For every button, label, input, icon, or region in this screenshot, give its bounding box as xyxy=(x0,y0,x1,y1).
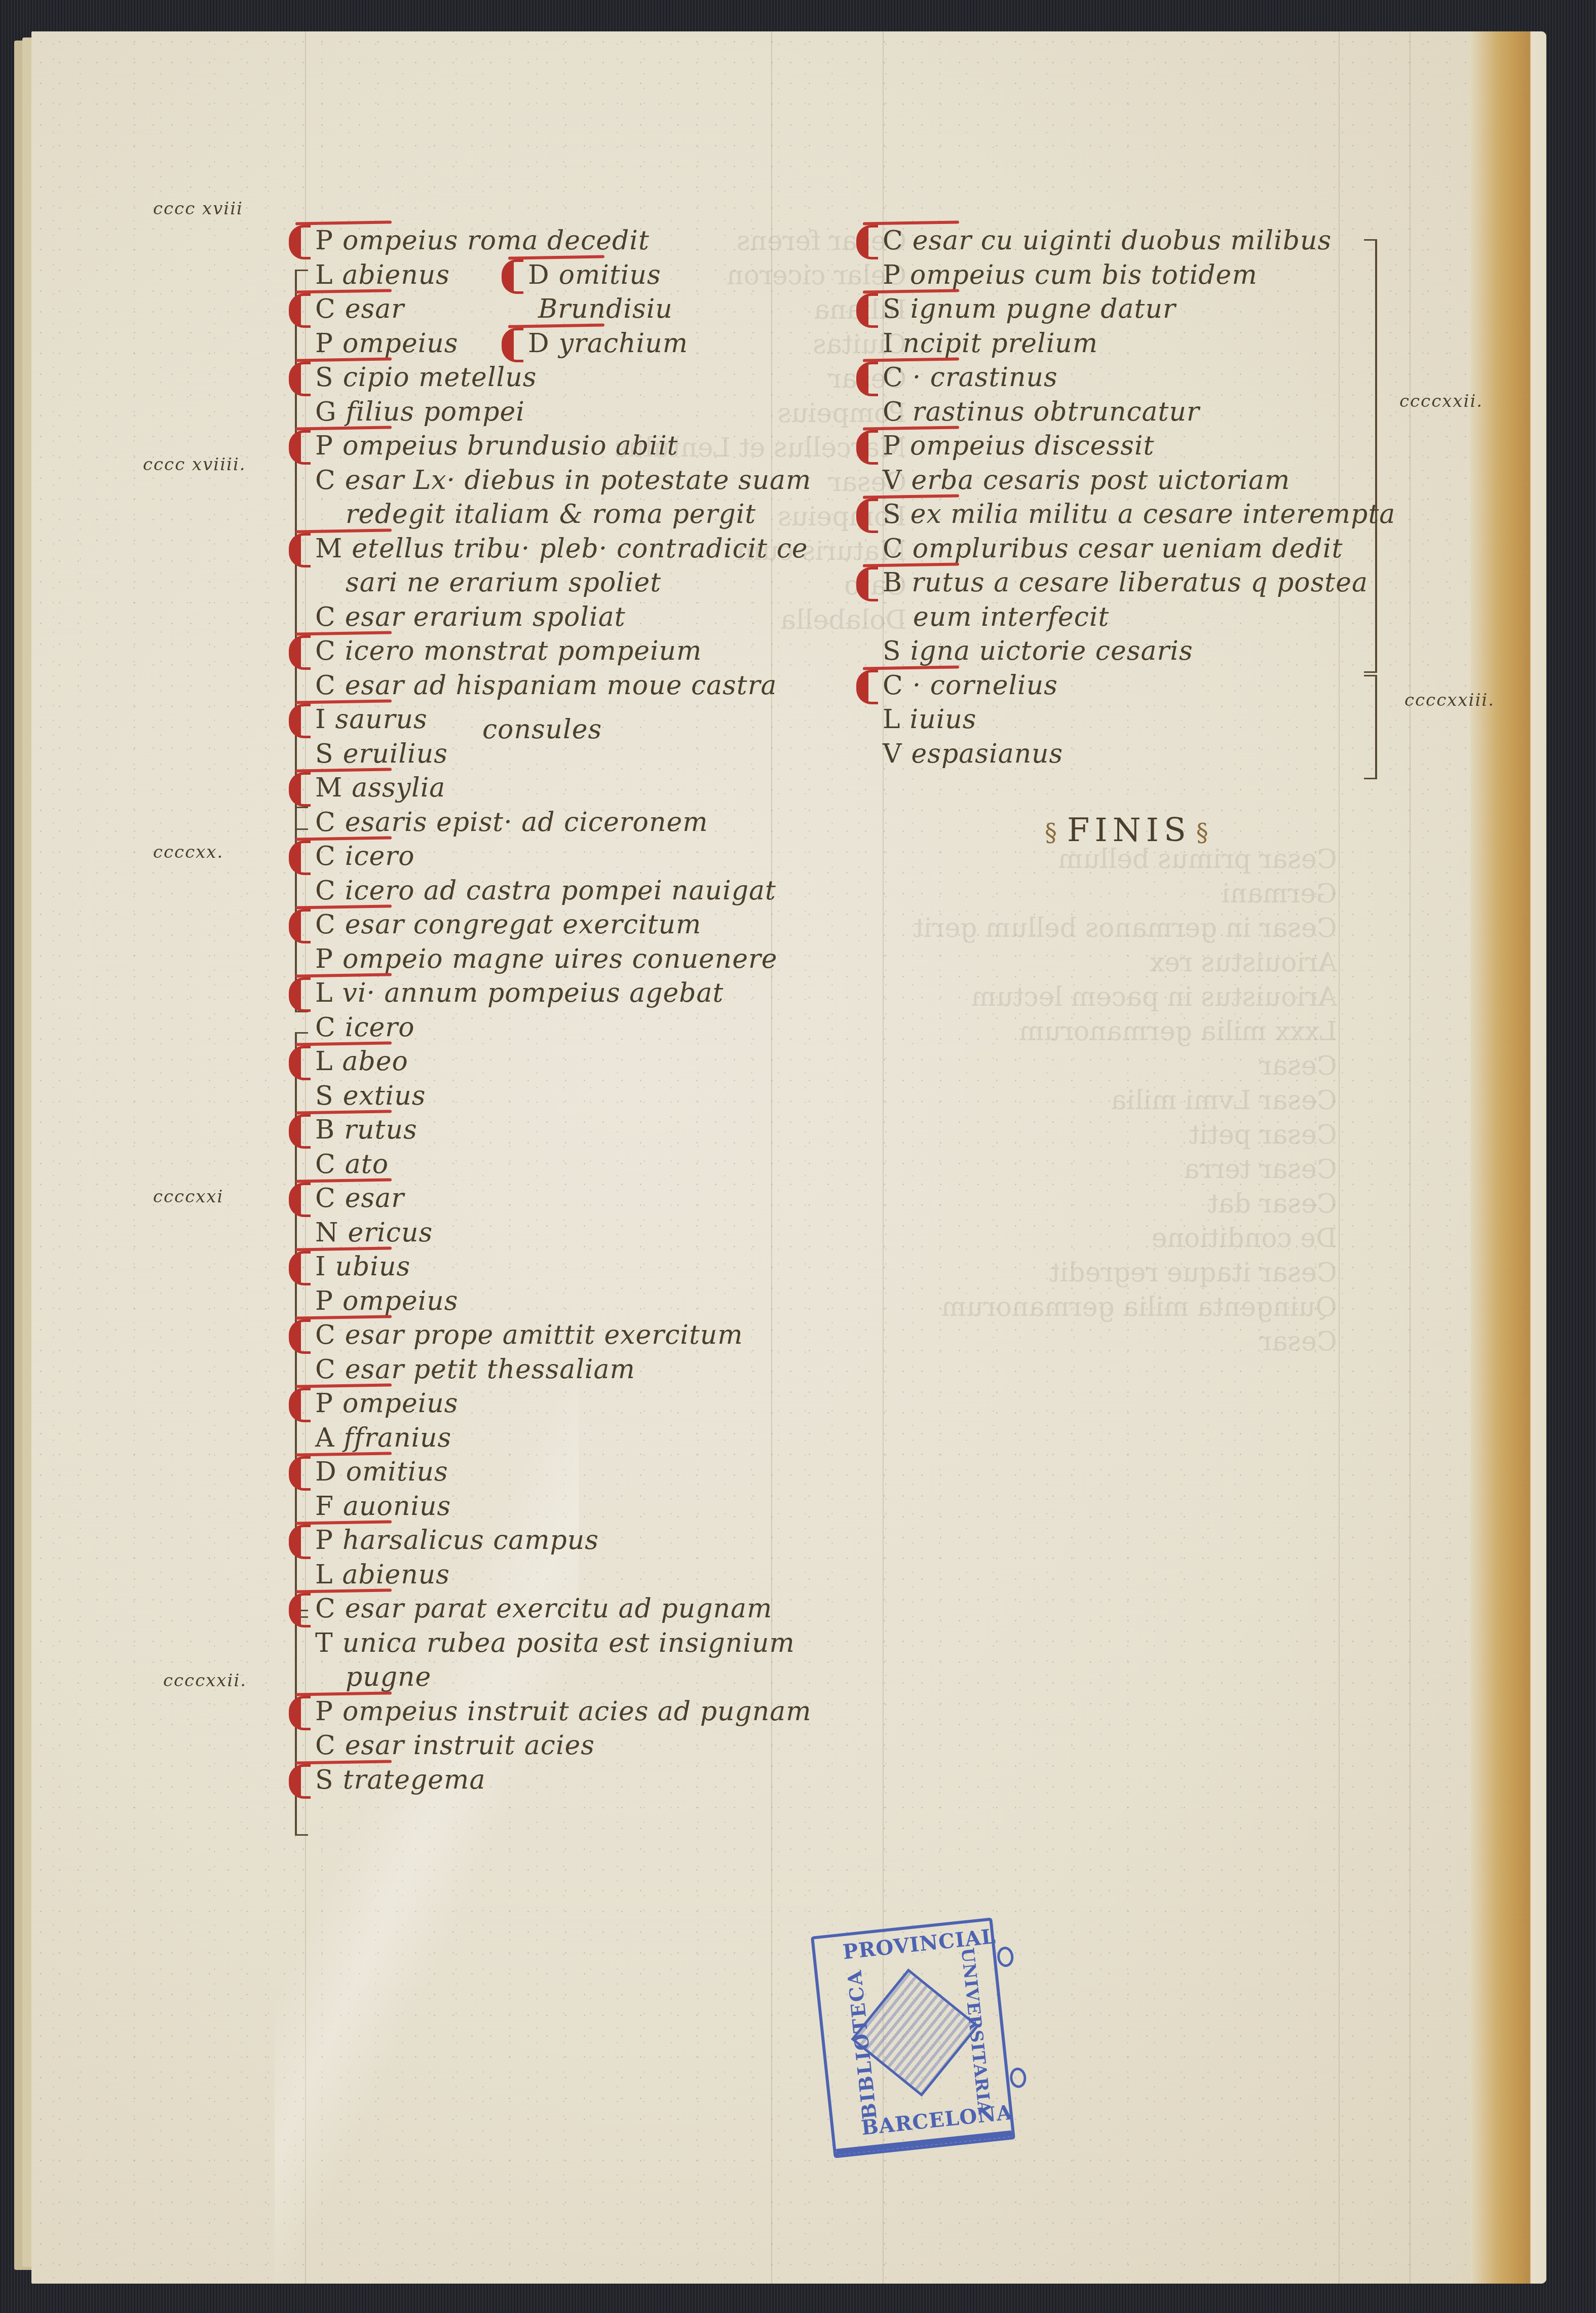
rubric-paragraph-mark-icon xyxy=(289,1696,311,1730)
entry: Pompeius xyxy=(315,1284,812,1319)
finis-text: FINIS xyxy=(1067,812,1191,849)
entry: Pompeius xyxy=(315,1387,812,1421)
entry: CesarBrundisiu xyxy=(315,292,812,327)
entry: Labeo xyxy=(315,1045,812,1079)
entry: Brutus a cesare liberatus q postea xyxy=(883,566,1395,600)
margin-number: cccc xviiii. xyxy=(143,454,246,475)
rubric-paragraph-mark-icon xyxy=(502,328,523,362)
entry: Cesar petit thessaliam xyxy=(315,1353,812,1387)
entry: Cesar erarium spoliat xyxy=(315,600,812,635)
rubric-paragraph-mark-icon xyxy=(289,533,311,567)
entry: Compluribus cesar ueniam dedit xyxy=(883,532,1395,566)
entry: C· crastinus xyxy=(883,361,1395,395)
margin-number: cccc xviii xyxy=(153,199,243,219)
ornament-icon: § xyxy=(1045,819,1062,847)
entry: LabienusDomitius xyxy=(315,258,812,293)
entry: Strategema xyxy=(315,1763,812,1798)
entry: Cicero monstrat pompeium xyxy=(315,634,812,669)
entry: Tunica rubea posita est insignium xyxy=(315,1626,812,1661)
entry: Cesaris epist· ad ciceronem xyxy=(315,806,812,840)
entry: C· cornelius xyxy=(883,669,1395,703)
margin-number: ccccxxii. xyxy=(1399,391,1483,411)
rubric-paragraph-mark-icon xyxy=(289,1764,311,1799)
library-stamp: PROVINCIAL BIBLIOTECA UNIVERSITARIA BARC… xyxy=(811,1917,1015,2158)
margin-number: ccccxxi xyxy=(153,1187,223,1207)
entry: Massylia xyxy=(315,771,812,806)
entry: Affranius xyxy=(315,1421,812,1456)
entry: Cicero xyxy=(315,1011,812,1045)
entry: Pompeius instruit acies ad pugnam xyxy=(315,1695,812,1729)
margin-number: ccccxxiii. xyxy=(1404,690,1495,710)
entry: Domitius xyxy=(315,1455,812,1490)
entry: Verba cesaris post uictoriam xyxy=(883,464,1395,498)
entry: Pompeius roma decedit xyxy=(315,224,812,258)
entry: Cesar Lx· diebus in potestate suam xyxy=(315,464,812,498)
entry: pugne xyxy=(315,1660,812,1695)
entry: Cato xyxy=(315,1148,812,1182)
entry: Cicero xyxy=(315,840,812,874)
entry: Labienus xyxy=(315,1558,812,1592)
entry: Fauonius xyxy=(315,1490,812,1524)
entry: Scipio metellus xyxy=(315,361,812,395)
manuscript-page: Cesar ferens Celar ciceron Iuliana Ciuit… xyxy=(31,31,1546,2284)
entry: Cesar congregat exercitum xyxy=(315,908,812,942)
entry: Pompeius brundusio abiit xyxy=(315,429,812,464)
entry: Pompeius cum bis totidem xyxy=(883,258,1395,293)
entry: Cesar parat exercitu ad pugnam xyxy=(315,1592,812,1626)
entry: Vespasianus xyxy=(883,737,1395,772)
entry: Brutus xyxy=(315,1113,812,1148)
entry: Metellus tribu· pleb· contradicit ce xyxy=(315,532,812,566)
entry: Pompeius discessit xyxy=(883,429,1395,464)
entry: Nericus xyxy=(315,1216,812,1250)
entry: Cesar xyxy=(315,1182,812,1216)
entry: Cesar instruit acies xyxy=(315,1729,812,1763)
entry: Isaurusconsules xyxy=(315,703,812,737)
entry: Cesar ad hispaniam moue castra xyxy=(315,669,812,703)
entry: Lvi· annum pompeius agebat xyxy=(315,976,812,1011)
rubric-paragraph-mark-icon xyxy=(502,259,523,294)
right-column: Cesar cu uiginti duobus milibus Pompeius… xyxy=(883,224,1395,771)
rubric-paragraph-mark-icon xyxy=(856,670,878,704)
finis-colophon: §FINIS§ xyxy=(1040,812,1219,849)
binding-gutter xyxy=(1470,31,1546,2284)
ruling-line xyxy=(1410,31,1411,2284)
bleed-through-text: Cesar primus bellum Germani Cesar in ger… xyxy=(913,842,1337,1359)
entry: redegit italiam & roma pergit xyxy=(315,498,812,532)
left-column: Pompeius roma decedit LabienusDomitius C… xyxy=(315,224,812,1797)
entry: Signa uictorie cesaris xyxy=(883,634,1395,669)
margin-number: ccccxxii. xyxy=(163,1671,247,1691)
entry: Iubius xyxy=(315,1250,812,1284)
entry: Crastinus obtruncatur xyxy=(883,395,1395,430)
entry: Cesar cu uiginti duobus milibus xyxy=(883,224,1395,258)
margin-number: ccccxx. xyxy=(153,842,223,862)
entry: Liuius xyxy=(883,703,1395,737)
entry: Signum pugne datur xyxy=(883,292,1395,327)
entry: Cesar prope amittit exercitum xyxy=(315,1318,812,1353)
entry: sari ne erarium spoliet xyxy=(315,566,812,600)
ornament-icon: § xyxy=(1196,819,1213,847)
entry: eum interfecit xyxy=(883,600,1395,635)
entry: Pompeio magne uires conuenere xyxy=(315,942,812,977)
entry: Seruilius xyxy=(315,737,812,772)
entry: Sex milia militu a cesare interempta xyxy=(883,498,1395,532)
entry: Pharsalicus campus xyxy=(315,1524,812,1558)
entry: Gfilius pompei xyxy=(315,395,812,430)
entry: Sextius xyxy=(315,1079,812,1114)
entry: PompeiusDyrachium xyxy=(315,327,812,361)
entry: Incipit prelium xyxy=(883,327,1395,361)
entry: Cicero ad castra pompei nauigat xyxy=(315,874,812,908)
